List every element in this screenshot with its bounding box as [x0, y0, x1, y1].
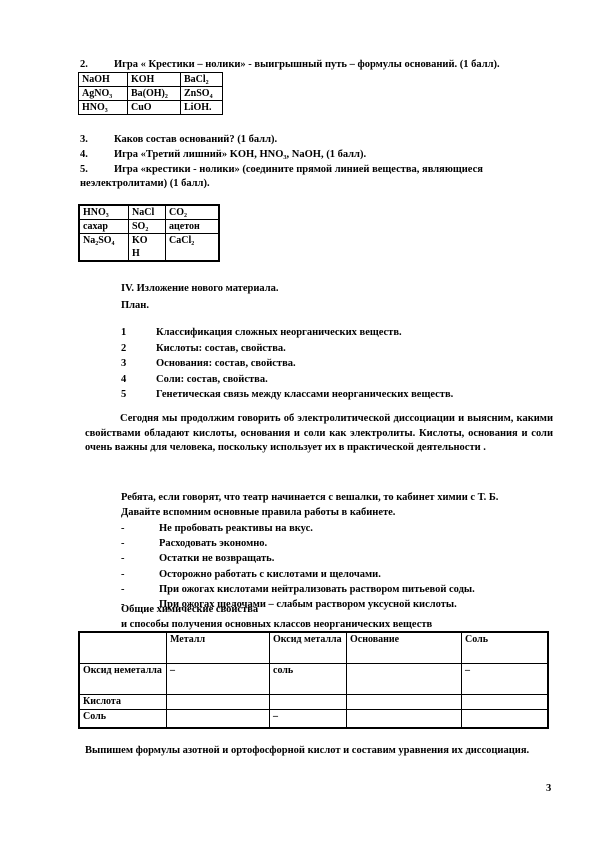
grid-cell: NaOH [79, 73, 128, 87]
grid-cell: SO₂ [129, 220, 166, 234]
plan-label: План. [121, 299, 149, 312]
task5-grid: HNO₃ NaCl CO₂ сахар SO₂ ацетон Na₂SO₄ KO… [78, 204, 220, 262]
page-number: 3 [546, 783, 551, 794]
plan-item: 3Основания: состав, свойства. [121, 357, 296, 370]
safety-rule-text: Осторожно работать с кислотами и щелочам… [159, 569, 381, 580]
grid-cell: Na₂SO₄ [79, 234, 129, 262]
table-cell: соль [270, 663, 347, 694]
safety-rule-text: При ожогах кислотами нейтрализовать раст… [159, 584, 475, 595]
table-cell: – [462, 663, 549, 694]
table-cell [462, 709, 549, 728]
grid-cell: NaCl [129, 205, 166, 220]
table-row: Соль – [79, 709, 548, 728]
safety-rule: -Не пробовать реактивы на вкус. [121, 522, 313, 535]
table-cell [347, 663, 462, 694]
task4-number: 4. [80, 148, 114, 161]
plan-item: 5Генетическая связь между классами неорг… [121, 388, 453, 401]
bullet-dash: - [121, 568, 159, 581]
grid-cell: AgNO₃ [79, 87, 128, 101]
table-cell [167, 709, 270, 728]
grid-cell: HNO₃ [79, 205, 129, 220]
safety-rule-text: Расходовать экономно. [159, 538, 267, 549]
grid-cell: LiOH. [181, 101, 223, 115]
table-header-cell: Основание [347, 632, 462, 663]
task2-number: 2. [80, 58, 114, 71]
plan-item: 2Кислоты: состав, свойства. [121, 342, 286, 355]
plan-item: 1Классификация сложных неорганических ве… [121, 326, 402, 339]
task5-text: Игра «крестики - нолики» (соедините прям… [114, 164, 483, 175]
safety-intro-2: Давайте вспомним основные правила работы… [121, 506, 395, 519]
paragraph-dissociation: Выпишем формулы азотной и ортофосфорной … [85, 744, 553, 759]
task2-grid: NaOH KOH BaCl₂ AgNO₃ Ba(OH)₂ ZnSO₄ HNO₃ … [78, 72, 223, 115]
grid-cell: ацетон [166, 220, 220, 234]
safety-rule-text: Остатки не возвращать. [159, 553, 274, 564]
grid-cell: KOH [128, 73, 181, 87]
safety-rule: -Остатки не возвращать. [121, 552, 274, 565]
plan-item-text: Генетическая связь между классами неорга… [156, 389, 453, 400]
plan-item-number: 2 [121, 342, 156, 355]
task2-text: Игра « Крестики – нолики» - выигрышный п… [114, 59, 500, 70]
table-cell [347, 694, 462, 709]
bullet-dash: - [121, 522, 159, 535]
task3-line: 3.Каков состав оснований? (1 балл). [80, 133, 277, 146]
bullet-dash: - [121, 552, 159, 565]
table-cell: Кислота [79, 694, 167, 709]
plan-item-text: Соли: состав, свойства. [156, 374, 268, 385]
table-header-cell: Металл [167, 632, 270, 663]
plan-item-number: 5 [121, 388, 156, 401]
grid-cell: CaCl₂ [166, 234, 220, 262]
plan-item-text: Основания: состав, свойства. [156, 358, 296, 369]
table-cell: Оксид неметалла [79, 663, 167, 694]
paragraph-intro: Сегодня мы продолжим говорить об электро… [85, 412, 553, 456]
table-cell: Соль [79, 709, 167, 728]
safety-rule: -При ожогах кислотами нейтрализовать рас… [121, 583, 475, 596]
plan-item: 4Соли: состав, свойства. [121, 373, 268, 386]
properties-table: Металл Оксид металла Основание Соль Окси… [78, 631, 549, 729]
task5-text-cont: неэлектролитами) (1 балл). [80, 177, 210, 190]
plan-item-number: 4 [121, 373, 156, 386]
safety-rule: -Расходовать экономно. [121, 537, 267, 550]
bullet-dash: - [121, 537, 159, 550]
table-header-cell [79, 632, 167, 663]
plan-item-text: Кислоты: состав, свойства. [156, 343, 286, 354]
bullet-dash: - [121, 583, 159, 596]
safety-intro-1: Ребята, если говорят, что театр начинает… [121, 491, 498, 504]
table-cell [347, 709, 462, 728]
task3-text: Каков состав оснований? (1 балл). [114, 134, 277, 145]
task4-text: Игра «Третий лишний» KOH, HNO₃, NaOH, (1… [114, 149, 366, 160]
grid-cell: CO₂ [166, 205, 220, 220]
table-header-cell: Соль [462, 632, 549, 663]
table-row: Оксид неметалла – соль – [79, 663, 548, 694]
properties-title-1: Общие химические свойства [121, 603, 258, 616]
table-cell [270, 694, 347, 709]
safety-rule-text: Не пробовать реактивы на вкус. [159, 523, 313, 534]
plan-item-number: 3 [121, 357, 156, 370]
task2-line: 2.Игра « Крестики – нолики» - выигрышный… [80, 58, 500, 71]
table-row: Кислота [79, 694, 548, 709]
table-header-cell: Оксид металла [270, 632, 347, 663]
task3-number: 3. [80, 133, 114, 146]
section-heading: IV. Изложение нового материала. [121, 282, 279, 295]
table-cell: – [167, 663, 270, 694]
table-cell [462, 694, 549, 709]
task4-line: 4.Игра «Третий лишний» KOH, HNO₃, NaOH, … [80, 148, 366, 161]
grid-cell: CuO [128, 101, 181, 115]
table-cell: – [270, 709, 347, 728]
plan-item-text: Классификация сложных неорганических вещ… [156, 327, 402, 338]
task5-line: 5.Игра «крестики - нолики» (соедините пр… [80, 163, 483, 176]
grid-cell: KO H [129, 234, 166, 262]
plan-item-number: 1 [121, 326, 156, 339]
grid-cell: сахар [79, 220, 129, 234]
grid-cell: Ba(OH)₂ [128, 87, 181, 101]
safety-rule: -Осторожно работать с кислотами и щелоча… [121, 568, 381, 581]
grid-cell: HNO₃ [79, 101, 128, 115]
grid-cell: ZnSO₄ [181, 87, 223, 101]
properties-title-2: и способы получения основных классов нео… [121, 618, 432, 631]
task5-number: 5. [80, 163, 114, 176]
table-cell [167, 694, 270, 709]
grid-cell: BaCl₂ [181, 73, 223, 87]
